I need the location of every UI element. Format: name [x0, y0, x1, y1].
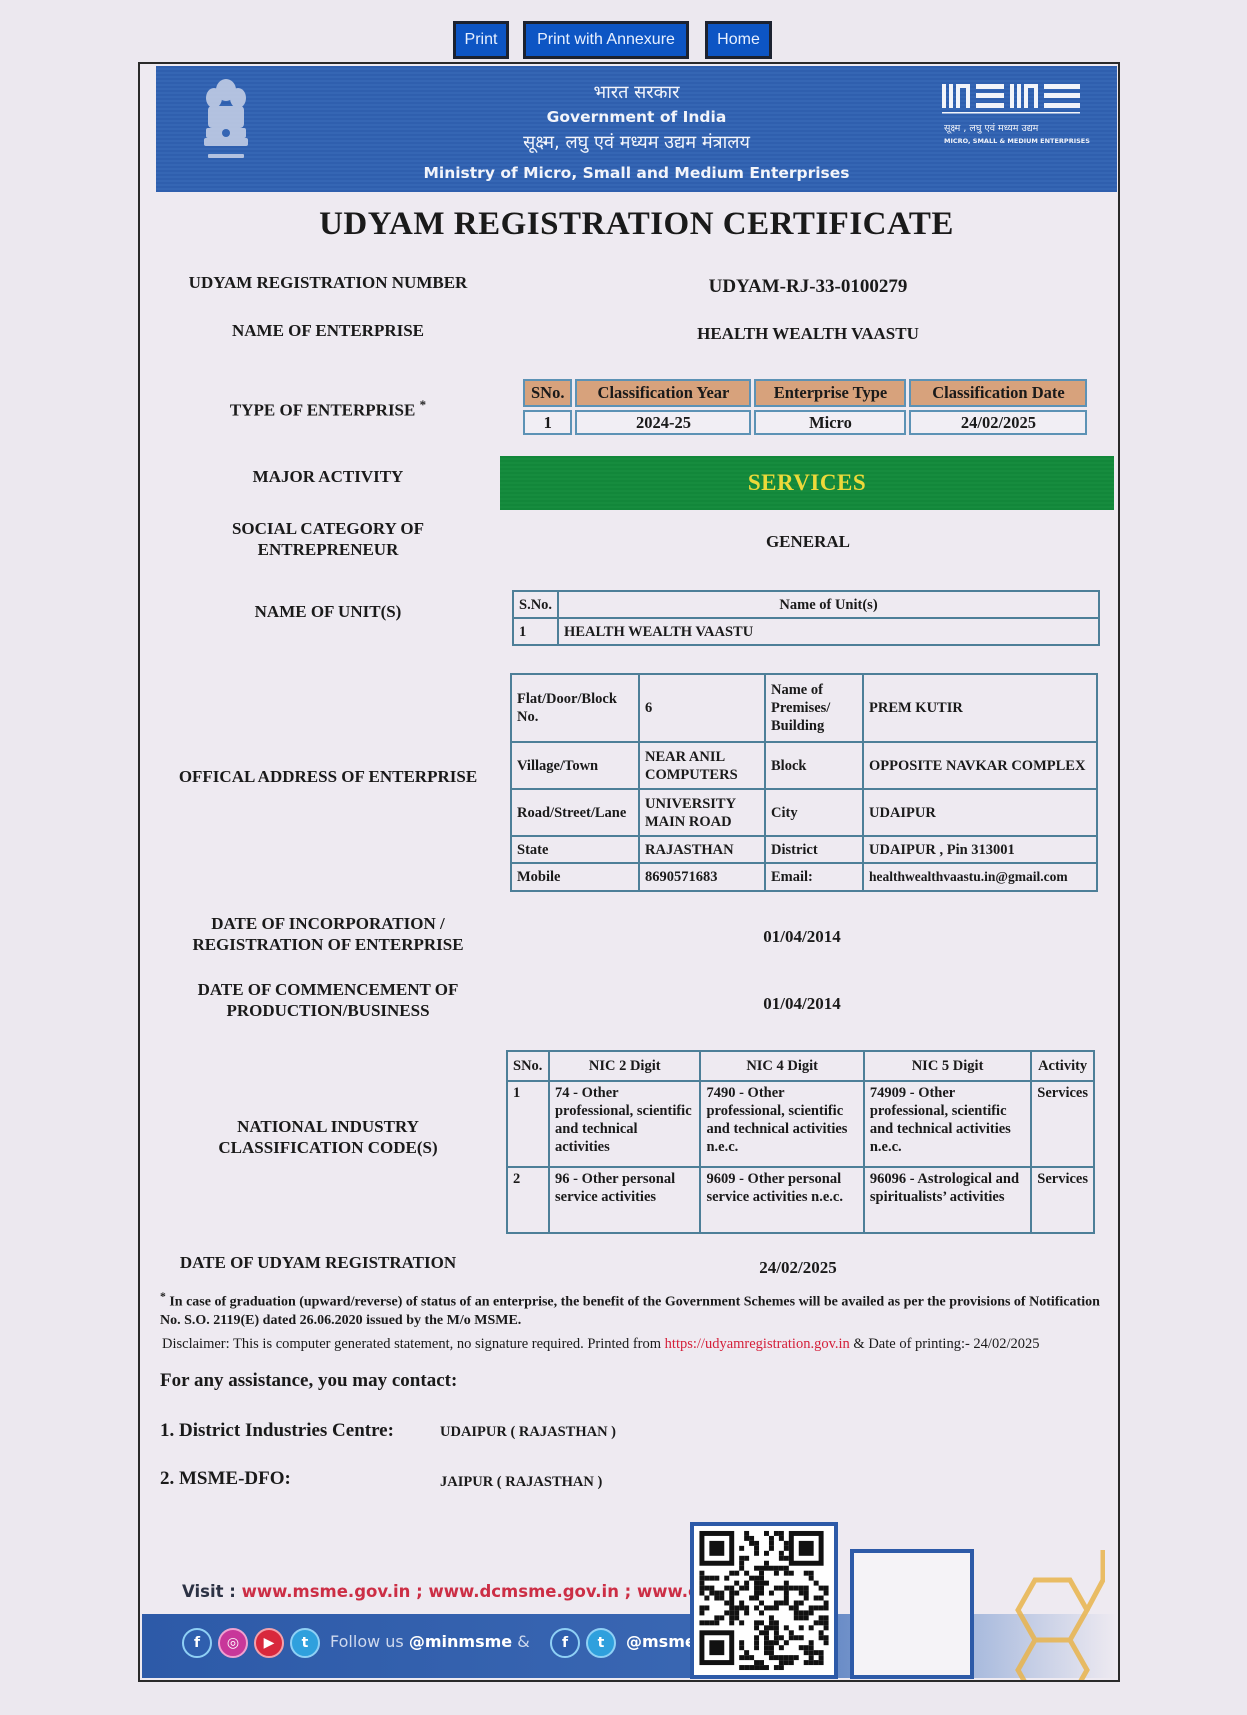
- nic-cell-activity: Services: [1031, 1167, 1094, 1233]
- social-category-label: SOCIAL CATEGORY OF ENTREPRENEUR: [138, 518, 518, 560]
- nic-table: SNo. NIC 2 Digit NIC 4 Digit NIC 5 Digit…: [506, 1050, 1095, 1234]
- major-activity-banner: SERVICES: [500, 456, 1114, 510]
- nic-cell-sno: 2: [507, 1167, 549, 1233]
- addr-premises-label: Name of Premises/ Building: [765, 674, 863, 742]
- visit-label: Visit :: [182, 1582, 242, 1601]
- dic-label: 1. District Industries Centre:: [160, 1420, 394, 1442]
- udyam-registration-link[interactable]: https://udyamregistration.gov.in: [665, 1336, 850, 1352]
- enterprise-name-value: HEALTH WEALTH VAASTU: [568, 324, 1048, 344]
- table-row: 1 HEALTH WEALTH VAASTU: [513, 618, 1099, 645]
- type-cell-type: Micro: [754, 410, 906, 435]
- units-th-name: Name of Unit(s): [558, 591, 1099, 618]
- major-activity-label: MAJOR ACTIVITY: [138, 466, 518, 487]
- type-th-type: Enterprise Type: [754, 379, 906, 407]
- disclaimer-prefix: Disclaimer: This is computer generated s…: [162, 1336, 665, 1352]
- home-button[interactable]: Home: [705, 21, 772, 59]
- qr-code: [690, 1522, 838, 1679]
- nic-cell-2digit: 74 - Other professional, scientific and …: [549, 1081, 700, 1167]
- type-cell-sno: 1: [523, 410, 572, 435]
- address-table: Flat/Door/Block No. 6 Name of Premises/ …: [510, 673, 1098, 892]
- addr-state-label: State: [511, 836, 639, 863]
- addr-state-value: RAJASTHAN: [639, 836, 765, 863]
- commencement-label: DATE OF COMMENCEMENT OF PRODUCTION/BUSIN…: [138, 979, 518, 1021]
- type-cell-date: 24/02/2025: [909, 410, 1087, 435]
- follow-us-text: Follow us @minmsme &: [330, 1632, 530, 1651]
- addr-flat-label: Flat/Door/Block No.: [511, 674, 639, 742]
- type-asterisk: *: [420, 397, 427, 412]
- msme-logo: सूक्ष्म , लघु एवं मध्यम उद्यम MICRO, SMA…: [940, 78, 1090, 152]
- table-row: 2 96 - Other personal service activities…: [507, 1167, 1094, 1233]
- units-cell-sno: 1: [513, 618, 558, 645]
- type-th-sno: SNo.: [523, 379, 572, 407]
- nic-th-2digit: NIC 2 Digit: [549, 1051, 700, 1081]
- addr-road-label: Road/Street/Lane: [511, 789, 639, 836]
- units-label: NAME OF UNIT(S): [138, 601, 518, 622]
- nic-label-line2: CLASSIFICATION CODE(S): [138, 1137, 518, 1158]
- instagram-icon[interactable]: ◎: [218, 1628, 248, 1658]
- table-row: Mobile 8690571683 Email: healthwealthvaa…: [511, 863, 1097, 891]
- facebook-icon[interactable]: f: [550, 1628, 580, 1658]
- follow-handle-2-text[interactable]: @msmechampions: [626, 1632, 690, 1651]
- addr-village-label: Village/Town: [511, 742, 639, 789]
- social-category-value: GENERAL: [568, 532, 1048, 552]
- table-row: 1 74 - Other professional, scientific an…: [507, 1081, 1094, 1167]
- qr-code-icon: [694, 1526, 834, 1675]
- msme-logo-subtitle: MICRO, SMALL & MEDIUM ENTERPRISES: [940, 137, 1090, 145]
- msme-logo-hindi: सूक्ष्म , लघु एवं मध्यम उद्यम: [940, 121, 1090, 134]
- addr-email-label: Email:: [765, 863, 863, 891]
- addr-district-label: District: [765, 836, 863, 863]
- nic-th-4digit: NIC 4 Digit: [700, 1051, 863, 1081]
- social-category-label-line1: SOCIAL CATEGORY OF: [138, 518, 518, 539]
- addr-village-value: NEAR ANIL COMPUTERS: [639, 742, 765, 789]
- incorporation-label: DATE OF INCORPORATION / REGISTRATION OF …: [138, 913, 518, 955]
- table-row: Flat/Door/Block No. 6 Name of Premises/ …: [511, 674, 1097, 742]
- addr-city-label: City: [765, 789, 863, 836]
- commencement-label-line1: DATE OF COMMENCEMENT OF: [138, 979, 518, 1000]
- table-row: 1 2024-25 Micro 24/02/2025: [523, 410, 1087, 435]
- address-label: OFFICAL ADDRESS OF ENTERPRISE: [138, 766, 518, 787]
- nic-label-line1: NATIONAL INDUSTRY: [138, 1116, 518, 1137]
- incorporation-label-line2: REGISTRATION OF ENTERPRISE: [138, 934, 518, 955]
- follow-handle-2: @msmechampions: [626, 1632, 690, 1651]
- nic-cell-4digit: 7490 - Other professional, scientific an…: [700, 1081, 863, 1167]
- enterprise-type-table: SNo. Classification Year Enterprise Type…: [520, 376, 1090, 438]
- disclaimer: Disclaimer: This is computer generated s…: [162, 1336, 1112, 1353]
- nic-cell-activity: Services: [1031, 1081, 1094, 1167]
- reg-number-value: UDYAM-RJ-33-0100279: [568, 276, 1048, 298]
- visit-links: Visit : www.msme.gov.in ; www.dcmsme.gov…: [182, 1582, 692, 1601]
- twitter-icon[interactable]: t: [586, 1628, 616, 1658]
- nic-cell-4digit: 9609 - Other personal service activities…: [700, 1167, 863, 1233]
- table-row: State RAJASTHAN District UDAIPUR , Pin 3…: [511, 836, 1097, 863]
- addr-premises-value: PREM KUTIR: [863, 674, 1097, 742]
- disclaimer-suffix: & Date of printing:- 24/02/2025: [850, 1336, 1040, 1352]
- header-ministry: Ministry of Micro, Small and Medium Ente…: [156, 164, 1117, 182]
- nic-cell-2digit: 96 - Other personal service activities: [549, 1167, 700, 1233]
- nic-cell-sno: 1: [507, 1081, 549, 1167]
- dfo-label: 2. MSME-DFO:: [160, 1468, 291, 1490]
- nic-cell-5digit: 96096 - Astrological and spiritualists’ …: [864, 1167, 1031, 1233]
- facebook-icon[interactable]: f: [182, 1628, 212, 1658]
- units-table: S.No. Name of Unit(s) 1 HEALTH WEALTH VA…: [512, 590, 1100, 646]
- addr-flat-value: 6: [639, 674, 765, 742]
- type-label-text: TYPE OF ENTERPRISE: [230, 401, 415, 420]
- nic-th-sno: SNo.: [507, 1051, 549, 1081]
- addr-city-value: UDAIPUR: [863, 789, 1097, 836]
- nic-cell-5digit: 74909 - Other professional, scientific a…: [864, 1081, 1031, 1167]
- udyam-date-label: DATE OF UDYAM REGISTRATION: [128, 1252, 508, 1273]
- addr-block-label: Block: [765, 742, 863, 789]
- hexagon-decoration-icon: [975, 1540, 1105, 1680]
- graduation-note: * In case of graduation (upward/reverse)…: [160, 1288, 1110, 1330]
- table-row: Road/Street/Lane UNIVERSITY MAIN ROAD Ci…: [511, 789, 1097, 836]
- follow-handle[interactable]: @minmsme: [409, 1632, 512, 1651]
- addr-block-value: OPPOSITE NAVKAR COMPLEX: [863, 742, 1097, 789]
- units-cell-name: HEALTH WEALTH VAASTU: [558, 618, 1099, 645]
- addr-mobile-label: Mobile: [511, 863, 639, 891]
- photo-placeholder: [850, 1549, 974, 1679]
- reg-number-label: UDYAM REGISTRATION NUMBER: [138, 272, 518, 293]
- note-asterisk: *: [160, 1290, 166, 1303]
- addr-road-value: UNIVERSITY MAIN ROAD: [639, 789, 765, 836]
- dfo-value: JAIPUR ( RAJASTHAN ): [440, 1474, 602, 1491]
- addr-email-value: healthwealthvaastu.in@gmail.com: [863, 863, 1097, 891]
- type-th-year: Classification Year: [575, 379, 751, 407]
- type-of-enterprise-label: TYPE OF ENTERPRISE *: [138, 394, 518, 421]
- units-th-sno: S.No.: [513, 591, 558, 618]
- addr-district-value: UDAIPUR , Pin 313001: [863, 836, 1097, 863]
- certificate-title: UDYAM REGISTRATION CERTIFICATE: [156, 206, 1117, 243]
- commencement-label-line2: PRODUCTION/BUSINESS: [138, 1000, 518, 1021]
- incorporation-label-line1: DATE OF INCORPORATION /: [138, 913, 518, 934]
- type-th-date: Classification Date: [909, 379, 1087, 407]
- dic-value: UDAIPUR ( RAJASTHAN ): [440, 1424, 616, 1441]
- follow-amp: &: [512, 1632, 530, 1651]
- nic-th-activity: Activity: [1031, 1051, 1094, 1081]
- youtube-icon[interactable]: ▶: [254, 1628, 284, 1658]
- print-button[interactable]: Print: [453, 21, 509, 59]
- print-with-annexure-button[interactable]: Print with Annexure: [523, 21, 689, 59]
- nic-label: NATIONAL INDUSTRY CLASSIFICATION CODE(S): [138, 1116, 518, 1158]
- type-cell-year: 2024-25: [575, 410, 751, 435]
- assistance-heading: For any assistance, you may contact:: [160, 1370, 457, 1392]
- social-category-label-line2: ENTREPRENEUR: [138, 539, 518, 560]
- follow-prefix: Follow us: [330, 1632, 409, 1651]
- nic-th-5digit: NIC 5 Digit: [864, 1051, 1031, 1081]
- addr-mobile-value: 8690571683: [639, 863, 765, 891]
- enterprise-name-label: NAME OF ENTERPRISE: [138, 320, 518, 341]
- table-row: Village/Town NEAR ANIL COMPUTERS Block O…: [511, 742, 1097, 789]
- msme-logo-icon: [940, 78, 1090, 114]
- graduation-note-text: In case of graduation (upward/reverse) o…: [160, 1295, 1100, 1328]
- commencement-date-value: 01/04/2014: [562, 994, 1042, 1014]
- incorporation-date-value: 01/04/2014: [562, 927, 1042, 947]
- national-emblem-icon: [198, 76, 254, 164]
- visit-urls[interactable]: www.msme.gov.in ; www.dcmsme.gov.in ; ww…: [242, 1582, 692, 1601]
- twitter-icon[interactable]: t: [290, 1628, 320, 1658]
- udyam-date-value: 24/02/2025: [558, 1258, 1038, 1278]
